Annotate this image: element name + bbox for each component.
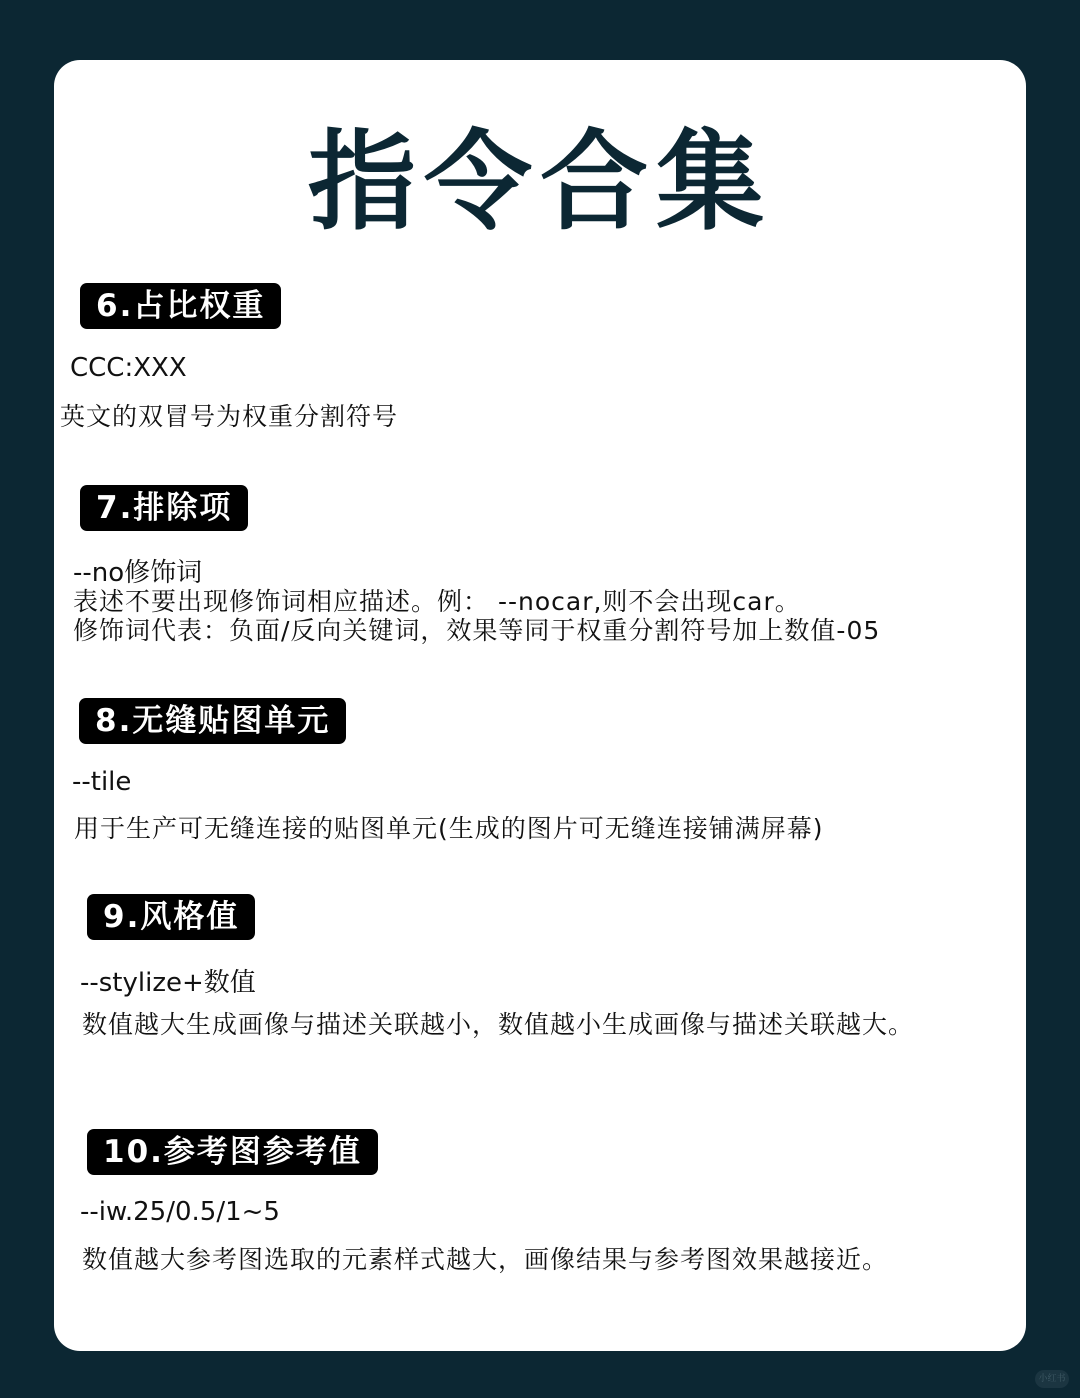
- page-title: 指令合集: [0, 118, 1080, 248]
- watermark-badge: 小红书: [1035, 1370, 1069, 1388]
- section-desc-tile: 用于生产可无缝连接的贴图单元(生成的图片可无缝连接铺满屏幕): [74, 809, 824, 845]
- section-heading-stylize: 9.风格值: [87, 894, 255, 940]
- section-desc-stylize: 数值越大生成画像与描述关联越小，数值越小生成画像与描述关联越大。: [82, 1005, 914, 1041]
- section-command-weight: CCC:XXX: [70, 353, 187, 383]
- section-desc-image-weight: 数值越大参考图选取的元素样式越大，画像结果与参考图效果越接近。: [82, 1240, 888, 1276]
- section-heading-exclude: 7.排除项: [80, 485, 248, 531]
- section-heading-image-weight: 10.参考图参考值: [87, 1129, 378, 1175]
- section-command-tile: --tile: [72, 767, 131, 797]
- section-command-stylize: --stylize+数值: [80, 962, 256, 999]
- section-heading-tile: 8.无缝贴图单元: [79, 698, 346, 744]
- section-desc-weight: 英文的双冒号为权重分割符号: [60, 397, 398, 433]
- section-command-image-weight: --iw.25/0.5/1~5: [80, 1197, 280, 1227]
- section-heading-weight: 6.占比权重: [80, 283, 281, 329]
- section-note-exclude: 修饰词代表：负面/反向关键词，效果等同于权重分割符号加上数值-05: [73, 611, 880, 647]
